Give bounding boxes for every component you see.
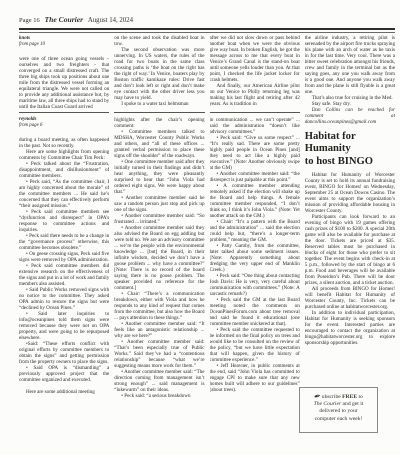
article-paragraph: • On geese crossing signs, Peck said fiv… (19, 251, 109, 263)
subscribe-word: ubscribe (322, 394, 341, 400)
article-paragraph: on the scene and took the disabled boat … (114, 35, 204, 47)
subscribe-to: to (358, 394, 362, 400)
article-paragraph: • Said later inquiries to info@oceanpine… (19, 311, 109, 341)
knots-continuation: knots from page 10 were one of three oce… (19, 35, 109, 112)
section-divider-rule (114, 112, 204, 113)
article-paragraph: during a board meeting, as often happene… (19, 137, 109, 149)
article-paragraph: • Chair: “It’s a pattern with the Board … (210, 219, 300, 243)
subscribe-line-3: delivered to your (300, 408, 377, 415)
article-paragraph: • Said Public Works removed signs with n… (19, 287, 109, 311)
article-paragraph: were one of three ocean going vessels – … (19, 56, 109, 110)
article-paragraph: the airline industry, a retiring pilot i… (305, 35, 395, 95)
masthead: The Courier (45, 15, 84, 24)
jump-from-line: from page 10 (19, 42, 109, 48)
header-rule-thick (19, 28, 395, 30)
headline-line: to host BINGO (305, 156, 395, 168)
knots-continuation: after we did not slow down or pass behin… (210, 35, 300, 112)
header-rule-thin (19, 32, 395, 33)
section-divider-rule (19, 112, 109, 113)
author-signature: Dan Collins can be reached for comment a… (305, 107, 395, 125)
section-divider-rule (210, 112, 300, 113)
article-paragraph: •Said: “These efforts conflict with orig… (19, 341, 109, 365)
headline-line: Habitat for (305, 131, 395, 143)
article-paragraph: • Another committee member said he saw a… (114, 195, 204, 213)
article-paragraph: • Another committee member said: “So fru… (114, 213, 204, 225)
knots-continuation: on the scene and took the disabled boat … (114, 35, 204, 112)
jump-from-line: from page 6 (19, 123, 109, 129)
article-paragraph: • Peck talked about the “Frustration, di… (19, 161, 109, 179)
article-paragraph: I spoke to a water taxi helmsman (114, 101, 204, 107)
article-paragraph: Here are some additional meeting (19, 389, 109, 395)
article-paragraph: • Another committee member said: “It fee… (114, 321, 204, 339)
subscribe-line-1: ✒ubscribe FREE to (300, 393, 377, 401)
article-paragraph: • Another committee member said: “the di… (210, 171, 300, 183)
article-paragraph: • One committee member said after they i… (114, 159, 204, 195)
article-paragraph: • Peck said committee members did extens… (19, 263, 109, 287)
article-paragraph: • Another committee member said: “That’s… (114, 339, 204, 369)
article-paragraph: in communication ... we can’t operate” .… (210, 117, 300, 135)
subscribe-line-4: computer each week! (300, 416, 377, 423)
article-paragraph: • Peck said: “a serious breakdown (114, 393, 204, 399)
article-paragraph: • Peck said, “As the committee chair, I … (19, 179, 109, 209)
newspaper-page: Page 16 The Courier August 14, 2024 knot… (0, 0, 400, 455)
article-paragraph: • Peck said: “One thing about contacting… (210, 273, 300, 297)
article-paragraph: Habitat for Humanity of Worcester County… (305, 172, 395, 214)
article-paragraph: • Jeff Heavner, in public comments at th… (210, 363, 300, 393)
page-header: Page 16 The Courier August 14, 2024 (19, 15, 395, 24)
subscribe-box: ✒ubscribe FREE to The Courier and get it… (299, 387, 378, 433)
jump-head-knots: knots from page 10 (19, 36, 109, 48)
article-paragraph: • Patty Gamby, from the committee, later… (210, 243, 300, 273)
subscribe-line-2: The Courier and get it (300, 401, 377, 408)
article-paragraph: The second observation was more unnervin… (114, 47, 204, 101)
headline-line: Humanity (305, 143, 395, 155)
column-3: after we did not slow down or pass behin… (210, 35, 300, 453)
article-paragraph: • Peck said there needs to be a change i… (19, 233, 109, 251)
article-paragraph: • Peck said: “Give us some respect” ... … (210, 135, 300, 171)
page-number: Page 16 (19, 17, 40, 24)
article-paragraph: • Chair: “There’s a communication breakd… (114, 291, 204, 321)
article-paragraph: In addition to individual participation,… (305, 310, 395, 346)
jump-head-reynolds: reynolds from page 6 (19, 117, 109, 129)
subscribe-rest: and get it (341, 401, 363, 407)
column-1: knots from page 10 were one of three oce… (19, 35, 109, 453)
article-paragraph: • A committee member attending remotely … (210, 183, 300, 219)
article-paragraph: Here are some highlights from opening co… (19, 149, 109, 161)
free-label: FREE (342, 394, 357, 400)
article-paragraph: And finally, our American Airline pilot … (210, 83, 300, 107)
article-paragraph: • Peck said the committee requested to b… (210, 327, 300, 363)
article-paragraph: Participants can look forward to an even… (305, 214, 395, 286)
habitat-article-body: Habitat for Humanity of Worcester County… (305, 172, 395, 346)
article-paragraph: • Peck said the GM at the last Board mee… (210, 297, 300, 327)
article-paragraph: • Another committee member said: “The di… (114, 369, 204, 393)
article-paragraph: • Peck said committee members see “dysfu… (19, 209, 109, 233)
article-paragraph: • Committee members talked to MDSHA, Wor… (114, 129, 204, 159)
article-paragraph: after we did not slow down or pass behin… (210, 35, 300, 83)
article-paragraph: highlights after the chair’s opening com… (114, 117, 204, 129)
article-paragraph: • Another committee member said they als… (114, 225, 204, 291)
article-paragraph: • Said OPA is “dismantling” a previously… (19, 365, 109, 383)
issue-date: August 14, 2024 (88, 17, 133, 24)
article-paragraph: All proceeds from BINGO for Homes! will … (305, 286, 395, 310)
column-2: on the scene and took the disabled boat … (114, 35, 204, 453)
habitat-headline: Habitat for Humanity to host BINGO (305, 131, 395, 168)
